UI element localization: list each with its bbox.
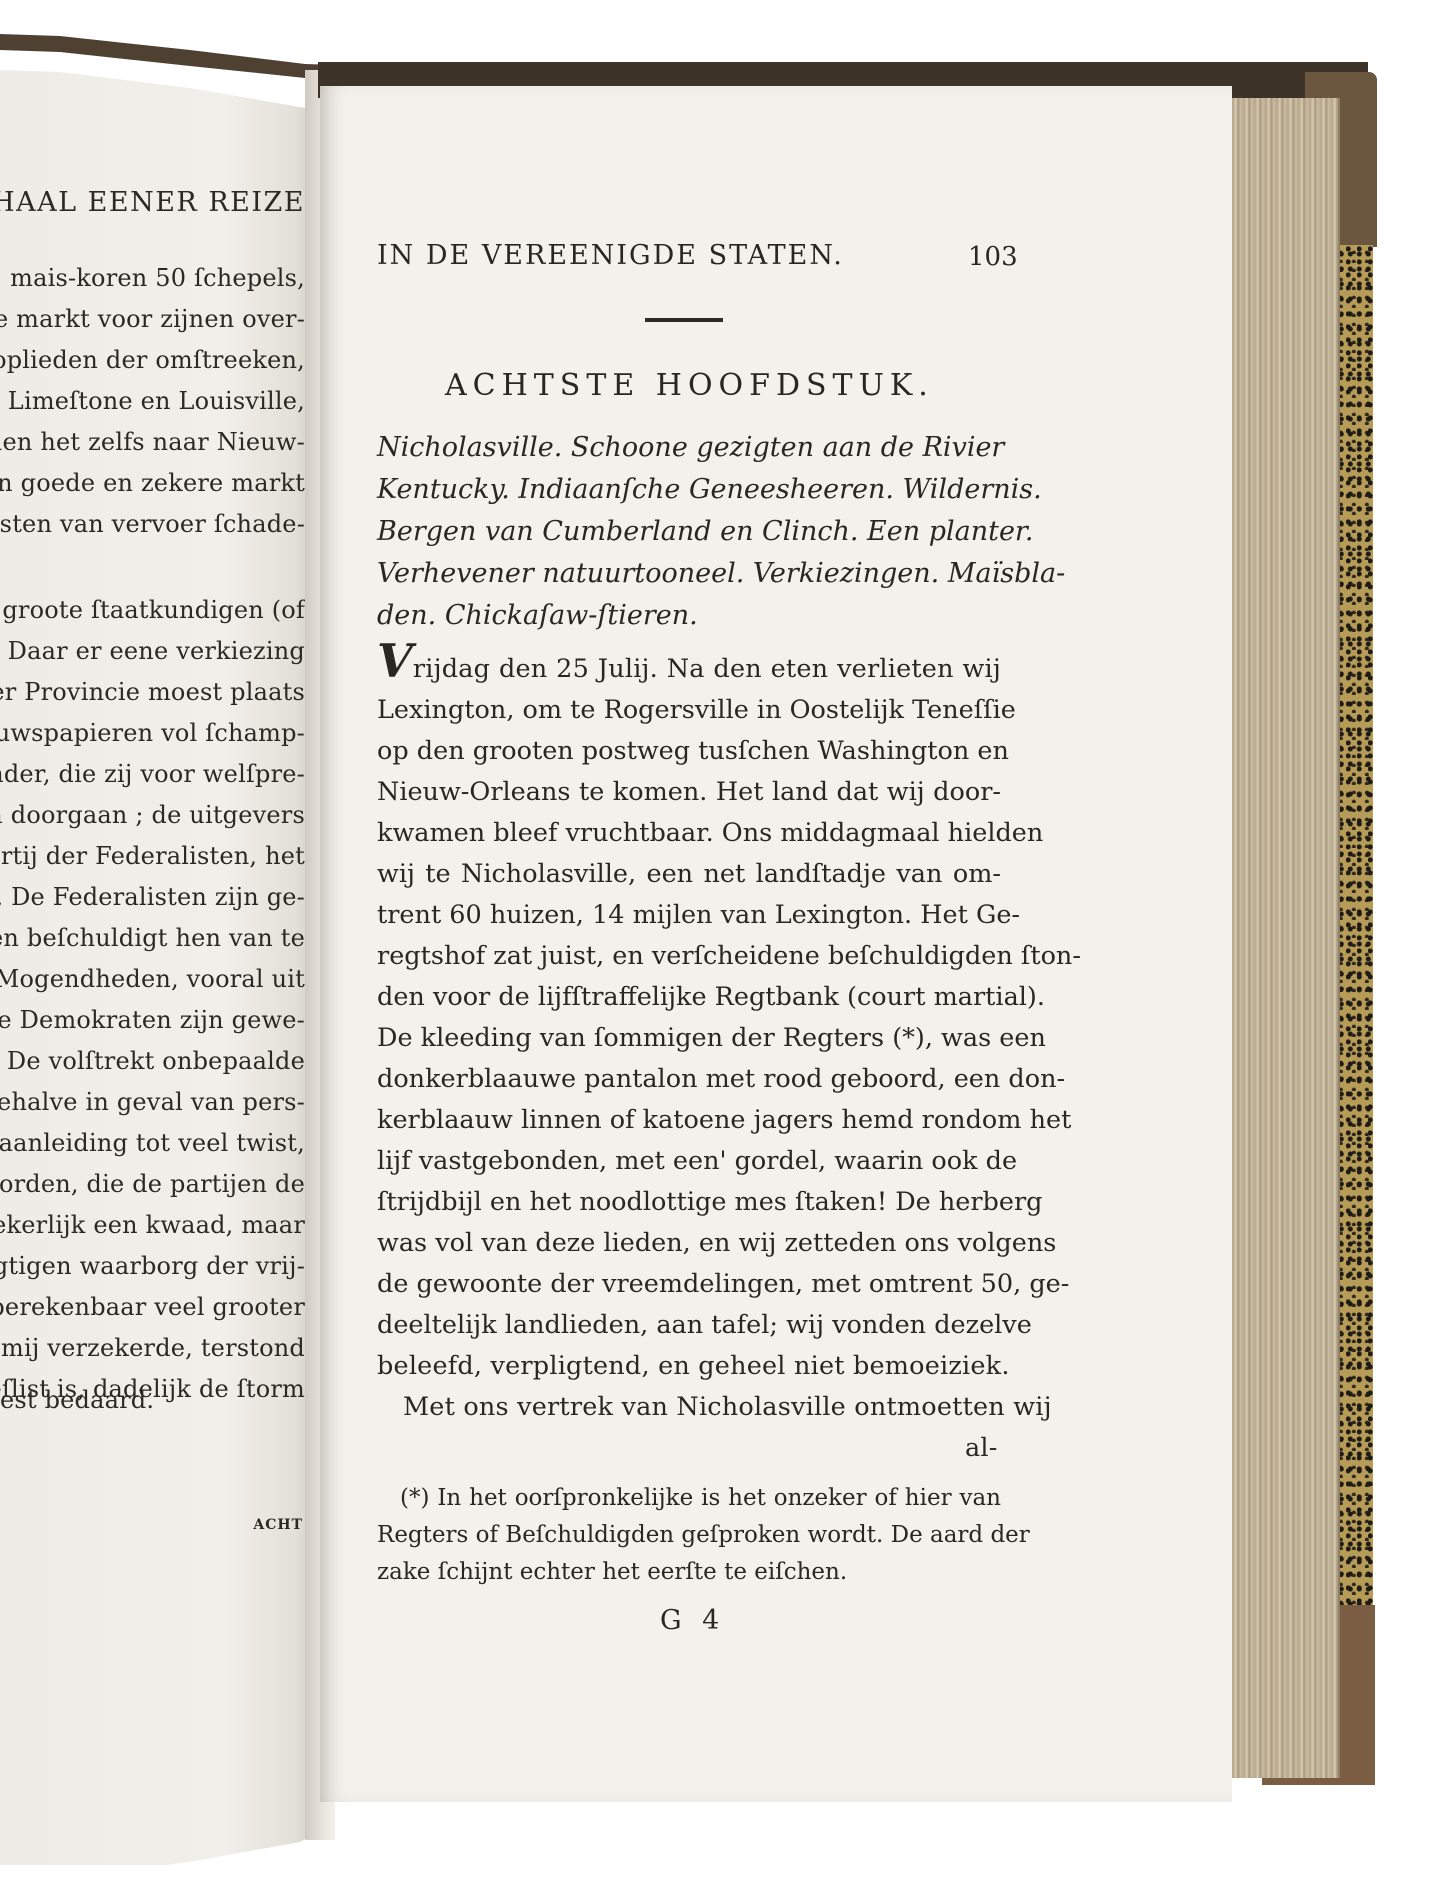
page-number: 103 [968, 242, 1018, 272]
chapter-summary-line: den. Chickaſaw-ſtieren. [377, 600, 698, 631]
body-line: beleefd, verpligtend, en geheel niet bem… [377, 1351, 1010, 1381]
left-line: de nieuwspapieren vol ſchamp- [0, 719, 305, 747]
body-line: Nieuw-Orleans te komen. Het land dat wij… [377, 777, 1001, 807]
chapter-summary-line: Nicholasville. Schoone gezigten aan de R… [377, 432, 1001, 463]
body-first-line: V rijdag den 25 Julij. Na den eten verli… [377, 654, 1001, 684]
chapter-rule [645, 318, 723, 322]
body-line: kwamen bleef vruchtbaar. Ons middagmaal … [377, 818, 1001, 848]
carry-over: al- [965, 1433, 998, 1463]
left-line: zou onberekenbaar veel grooter [0, 1293, 305, 1321]
body-paragraph-2: Met ons vertrek van Nicholasville ontmoe… [403, 1392, 1001, 1422]
body-line: De kleeding van ſommigen der Regters (*)… [377, 1023, 1001, 1053]
left-line: , naar men mij verzekerde, terstond [0, 1334, 305, 1362]
left-line: okraten. De Federalisten zijn ge- [0, 883, 305, 911]
left-line: kpers (behalve in geval van pers- [0, 1088, 305, 1116]
left-page-text-block: RHAAL EENER REIZE het acre ; mais-koren … [0, 30, 305, 1865]
body-line: lijf vastgebonden, met een' gordel, waar… [377, 1146, 1001, 1176]
left-line-last: est bedaard. [0, 1386, 154, 1414]
left-line: zijn alle groote ſtaatkundigen (of [0, 596, 305, 624]
footnote-line: (*) In het oorſpronkelijke is het onzeke… [400, 1485, 1001, 1511]
body-line: trent 60 huizen, 14 mijlen van Lexington… [377, 900, 1001, 930]
left-line: het acre ; mais-koren 50 ſchepels, [0, 264, 305, 292]
left-line: n op elkander, die zij voor welſpre- [0, 760, 305, 788]
left-line: neur der Provincie moest plaats [0, 678, 305, 706]
left-line: or de kosten van vervoer ſchade- [0, 510, 305, 538]
body-line: deeltelijk landlieden, aan tafel; wij vo… [377, 1310, 1001, 1340]
body-line: kerblaauw linnen of katoene jagers hemd … [377, 1105, 1001, 1135]
chapter-summary-line: Bergen van Cumberland en Clinch. Een pla… [377, 516, 1001, 547]
body-line: rijdag den 25 Julij. Na den eten verliet… [413, 654, 1001, 684]
left-line: eden te Limeſtone en Louisville, [0, 387, 305, 415]
body-line: donkerblaauwe pantalon met rood geboord,… [377, 1064, 1001, 1094]
left-line: e doen doorgaan ; de uitgevers [0, 801, 305, 829]
body-line: ſtrijdbijl en het noodlottige mes ſtaken… [377, 1187, 1001, 1217]
left-line: opiſche Mogendheden, vooral uit [0, 965, 305, 993]
footnote-line: zake ſchijnt echter het eerſte te eiſche… [377, 1559, 847, 1585]
left-line: ndt eene markt voor zijnen over- [0, 305, 305, 333]
left-line: n; dit is zekerlijk een kwaad, maar [0, 1211, 305, 1239]
left-line: ſcheldwoorden, die de partijen de [0, 1170, 305, 1198]
left-line: geeft aanleiding tot veel twist, [0, 1129, 305, 1157]
left-page: RHAAL EENER REIZE het acre ; mais-koren … [0, 30, 320, 1865]
left-line: e drijvers. De volſtrekt onbepaalde [0, 1047, 305, 1075]
left-line: gieters). Daar er eene verkiezing [0, 637, 305, 665]
chapter-summary-line: Kentucky. Indiaanſche Geneesheeren. Wild… [377, 474, 1001, 505]
left-line: aars en kooplieden der omſtreeken, [0, 346, 305, 374]
body-line: op den grooten postweg tusſchen Washingt… [377, 736, 1001, 766]
running-head: IN DE VEREENIGDE STATEN. [377, 240, 844, 271]
left-line: hellen. De Demokraten zijn gewe- [0, 1006, 305, 1034]
page-fore-edge [1230, 98, 1340, 1778]
footnote-line: Regters of Beſchuldigden geſproken wordt… [377, 1522, 1001, 1548]
chapter-summary-line: Verhevener natuurtooneel. Verkiezingen. … [377, 558, 1001, 589]
signature-mark: G 4 [660, 1605, 725, 1636]
left-line: altijd een goede en zekere markt [0, 469, 305, 497]
left-line: n dien magtigen waarborg der vrij- [0, 1252, 305, 1280]
body-line: was vol van deze lieden, en wij zetteden… [377, 1228, 1001, 1258]
speckled-board [1335, 245, 1373, 1610]
body-line: wij te Nicholasville, een net landſtadje… [377, 859, 1001, 889]
chapter-title: ACHTSTE HOOFDSTUK. [445, 368, 934, 403]
body-line: Lexington, om te Rogersville in Oostelij… [377, 695, 1001, 725]
left-line: zij de partij der Federalisten, het [0, 842, 305, 870]
body-line: den voor de lijfſtraffelijke Regtbank (c… [377, 982, 1001, 1012]
catchword: ACHT [253, 1517, 303, 1533]
left-running-head: RHAAL EENER REIZE [0, 187, 305, 218]
body-line: de gewoonte der vreemdelingen, met omtre… [377, 1269, 1001, 1299]
left-line: elen zenden het zelfs naar Nieuw- [0, 428, 305, 456]
body-line: regtshof zat juist, en verſcheidene beſc… [377, 941, 1001, 971]
left-line: einen: men beſchuldigt hen van te [0, 924, 305, 952]
